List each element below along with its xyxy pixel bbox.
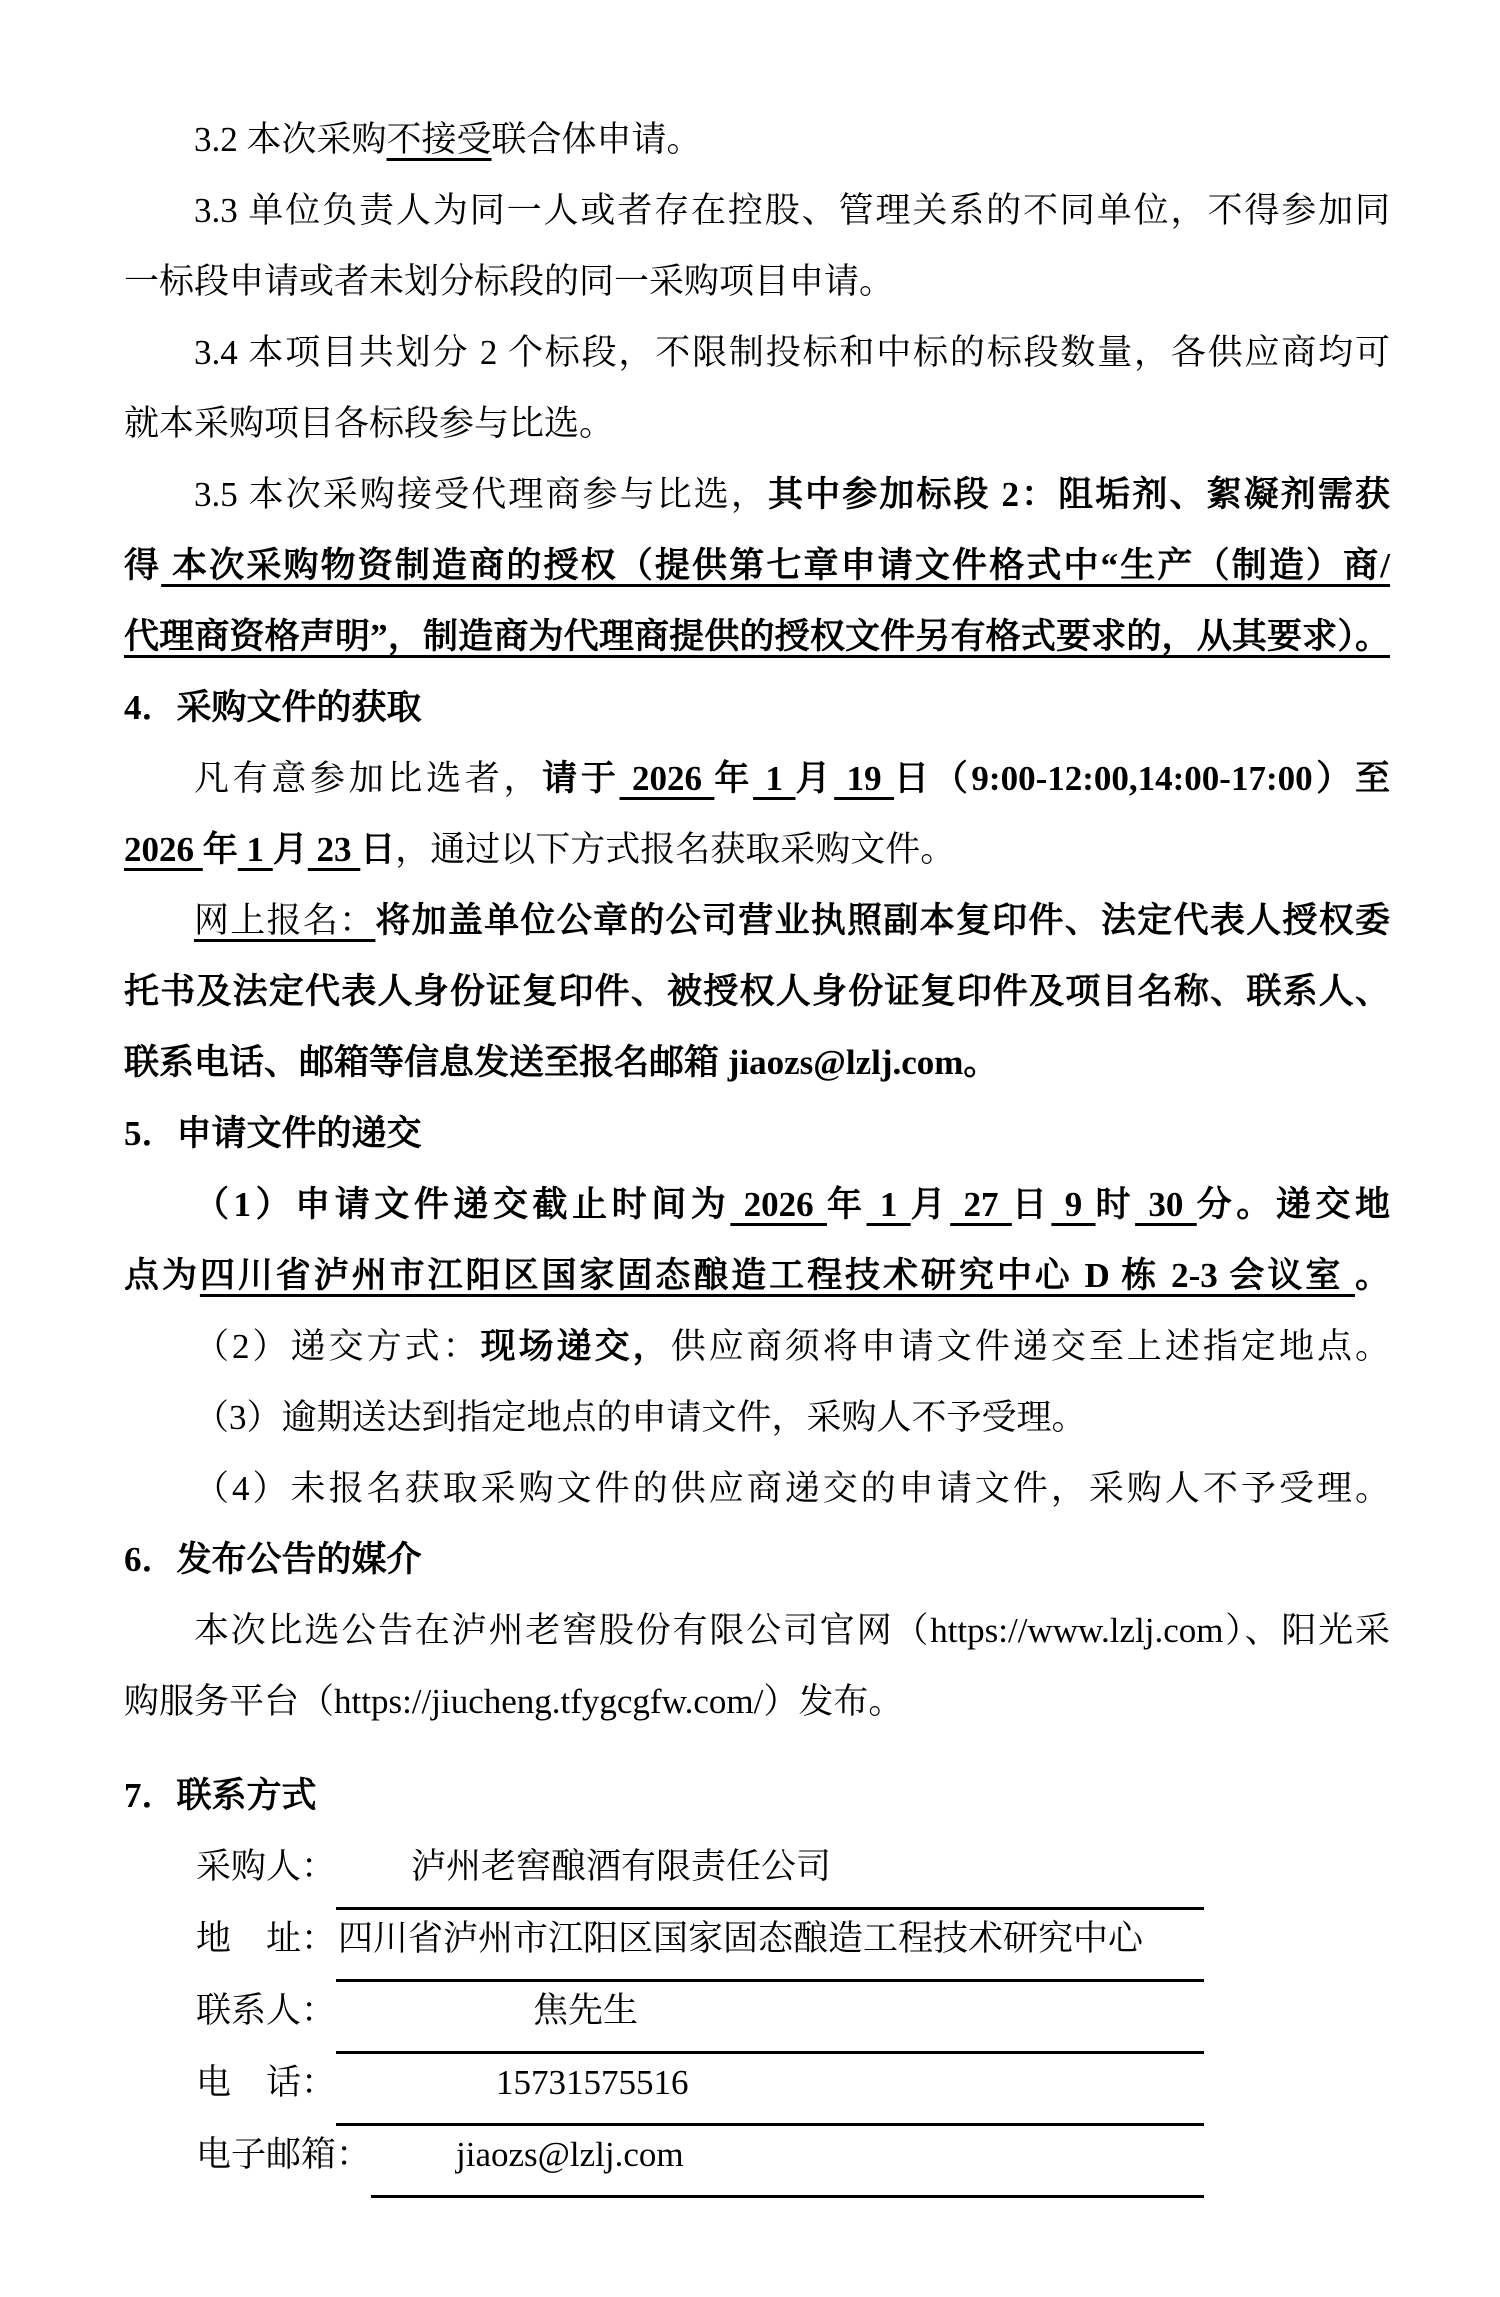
clause-3-5-line-1: 3.5 本次采购接受代理商参与比选，其中参加标段 2：阻垢剂、絮凝剂需获: [124, 459, 1390, 530]
contact-row-purchaser: 采购人：泸州老窖酿酒有限责任公司: [196, 1831, 1204, 1903]
contact-label: 电 话：: [196, 2047, 336, 2119]
text-run-bold: 月: [911, 1185, 951, 1224]
text-run-bold: 请于: [542, 759, 619, 798]
deadline-year: 2026: [730, 1185, 827, 1224]
text-run-underlined: 网上报名：: [194, 901, 375, 940]
heading-section-4: 4．采购文件的获取: [124, 672, 1390, 743]
date-year: 2026: [620, 759, 715, 798]
text-run-bold-underlined: 代理商资格声明”，制造商为代理商提供的授权文件另有格式要求的，从其要求）。: [124, 617, 1390, 656]
para-obtain-docs-line-1: 凡有意参加比选者，请于 2026 年 1 月 19 日（9:00-12:00,1…: [124, 743, 1390, 814]
text-run-bold: 时: [1096, 1185, 1136, 1224]
text-run: 3.4 本项目共划分 2 个标段，不限制投标和中标的标段数量，各供应商均可: [194, 333, 1390, 372]
text-run-bold: 将加盖单位公章的公司营业执照副本复印件、法定代表人授权委: [375, 901, 1390, 940]
clause-3-3-line-1: 3.3 单位负责人为同一人或者存在控股、管理关系的不同单位，不得参加同: [124, 175, 1390, 246]
heading-text: 5．申请文件的递交: [124, 1114, 422, 1153]
text-run-bold: 月: [795, 759, 834, 798]
text-run-bold: 。: [1355, 1256, 1390, 1295]
contact-value-purchaser: 泸州老窖酿酒有限责任公司: [336, 1831, 1204, 1910]
text-run-bold: 年: [714, 759, 753, 798]
submission-address: 四川省泸州市江阳区国家固态酿造工程技术研究中心 D 栋 2-3 会议室: [200, 1256, 1355, 1295]
text-run-bold: 年: [203, 830, 238, 869]
para-announcement-media-line-1: 本次比选公告在泸州老窖股份有限公司官网（https://www.lzlj.com…: [124, 1595, 1390, 1666]
para-online-registration-line-2: 托书及法定代表人身份证复印件、被授权人身份证复印件及项目名称、联系人、: [124, 956, 1390, 1027]
contact-row-address: 地 址：四川省泸州市江阳区国家固态酿造工程技术研究中心: [196, 1903, 1204, 1975]
text-run-bold: 月: [273, 830, 308, 869]
heading-section-6: 6．发布公告的媒介: [124, 1524, 1390, 1595]
clause-5-1-line-2: 点为四川省泸州市江阳区国家固态酿造工程技术研究中心 D 栋 2-3 会议室 。: [124, 1240, 1390, 1311]
text-run-bold: 得: [124, 546, 161, 585]
text-run: 联合体申请。: [492, 120, 702, 159]
text-run-bold: 分。递交地: [1197, 1185, 1390, 1224]
text-run-bold: 其中参加标段 2：阻垢剂、絮凝剂需获: [768, 475, 1390, 514]
contact-label: 电子邮箱：: [196, 2119, 371, 2191]
contact-info-block: 采购人：泸州老窖酿酒有限责任公司 地 址：四川省泸州市江阳区国家固态酿造工程技术…: [196, 1831, 1204, 2191]
clause-5-4: （4）未报名获取采购文件的供应商递交的申请文件，采购人不予受理。: [124, 1453, 1390, 1524]
document-body: 3.2 本次采购不接受联合体申请。 3.3 单位负责人为同一人或者存在控股、管理…: [124, 104, 1390, 2191]
text-run: 3.5 本次采购接受代理商参与比选，: [194, 475, 768, 514]
contact-row-phone: 电 话：15731575516: [196, 2047, 1204, 2119]
clause-3-4-line-1: 3.4 本项目共划分 2 个标段，不限制投标和中标的标段数量，各供应商均可: [124, 317, 1390, 388]
date-month: 1: [238, 830, 273, 869]
deadline-minute: 30: [1135, 1185, 1197, 1224]
contact-value-person: 焦先生: [336, 1975, 1204, 2054]
text-run: ，通过以下方式报名获取采购文件。: [395, 830, 955, 869]
text-run: （3）逾期送达到指定地点的申请文件，采购人不予受理。: [194, 1398, 1087, 1437]
text-run: 供应商须将申请文件递交至上述指定地点。: [671, 1327, 1390, 1366]
contact-row-person: 联系人：焦先生: [196, 1975, 1204, 2047]
para-announcement-media-line-2: 购服务平台（https://jiucheng.tfygcgfw.com/）发布。: [124, 1666, 1390, 1737]
contact-value-address: 四川省泸州市江阳区国家固态酿造工程技术研究中心: [336, 1903, 1204, 1982]
text-run-bold: 年: [827, 1185, 867, 1224]
contact-row-email: 电子邮箱：jiaozs@lzlj.com: [196, 2119, 1204, 2191]
contact-label: 联系人：: [196, 1975, 336, 2047]
clause-3-2: 3.2 本次采购不接受联合体申请。: [124, 104, 1390, 175]
deadline-day: 27: [950, 1185, 1012, 1224]
heading-text: 4．采购文件的获取: [124, 688, 422, 727]
text-run: 凡有意参加比选者，: [194, 759, 542, 798]
heading-text: 6．发布公告的媒介: [124, 1540, 422, 1579]
text-run: （4）未报名获取采购文件的供应商递交的申请文件，采购人不予受理。: [194, 1469, 1390, 1508]
text-run-bold: （1）申请文件递交截止时间为: [194, 1185, 730, 1224]
para-online-registration-line-1: 网上报名：将加盖单位公章的公司营业执照副本复印件、法定代表人授权委: [124, 885, 1390, 956]
contact-value-email: jiaozs@lzlj.com: [371, 2119, 1204, 2198]
heading-text: 7．联系方式: [124, 1776, 317, 1815]
date-day: 23: [308, 830, 361, 869]
text-run-bold: 点为: [124, 1256, 200, 1295]
text-run-underlined: 不接受: [387, 120, 492, 159]
contact-label: 采购人：: [196, 1831, 336, 1903]
contact-value-phone: 15731575516: [336, 2047, 1204, 2126]
text-run: 3.3 单位负责人为同一人或者存在控股、管理关系的不同单位，不得参加同: [194, 191, 1390, 230]
text-run-bold: 托书及法定代表人身份证复印件、被授权人身份证复印件及项目名称、联系人、: [124, 972, 1390, 1011]
clause-3-4-line-2: 就本采购项目各标段参与比选。: [124, 388, 1390, 459]
text-run-bold: 联系电话、邮箱等信息发送至报名邮箱 jiaozs@lzlj.com。: [124, 1043, 998, 1082]
text-run: 一标段申请或者未划分标段的同一采购项目申请。: [124, 262, 894, 301]
clause-5-3: （3）逾期送达到指定地点的申请文件，采购人不予受理。: [124, 1382, 1390, 1453]
clause-3-5-line-2: 得 本次采购物资制造商的授权（提供第七章申请文件格式中“生产（制造）商/: [124, 530, 1390, 601]
text-run: 本次比选公告在泸州老窖股份有限公司官网（https://www.lzlj.com…: [194, 1611, 1390, 1650]
text-run-bold-underlined: 本次采购物资制造商的授权（提供第七章申请文件格式中“生产（制造）商/: [161, 546, 1390, 585]
para-online-registration-line-3: 联系电话、邮箱等信息发送至报名邮箱 jiaozs@lzlj.com。: [124, 1027, 1390, 1098]
text-run-bold: 日（9:00-12:00,14:00-17:00）至: [894, 759, 1390, 798]
deadline-hour: 9: [1051, 1185, 1095, 1224]
text-run: （2）递交方式：: [194, 1327, 481, 1366]
contact-label: 地 址：: [196, 1903, 336, 1975]
clause-5-2: （2）递交方式：现场递交，供应商须将申请文件递交至上述指定地点。: [124, 1311, 1390, 1382]
para-obtain-docs-line-2: 2026 年 1 月 23 日，通过以下方式报名获取采购文件。: [124, 814, 1390, 885]
text-run: 购服务平台（https://jiucheng.tfygcgfw.com/）发布。: [124, 1682, 903, 1721]
text-run-bold: 日: [360, 830, 395, 869]
date-month: 1: [753, 759, 795, 798]
clause-3-3-line-2: 一标段申请或者未划分标段的同一采购项目申请。: [124, 246, 1390, 317]
text-run: 3.2 本次采购: [194, 120, 387, 159]
heading-section-7: 7．联系方式: [124, 1760, 1390, 1831]
text-run-bold: 日: [1012, 1185, 1052, 1224]
date-year: 2026: [124, 830, 203, 869]
text-run: 就本采购项目各标段参与比选。: [124, 404, 614, 443]
clause-3-5-line-3: 代理商资格声明”，制造商为代理商提供的授权文件另有格式要求的，从其要求）。: [124, 601, 1390, 672]
text-run-bold: 现场递交，: [481, 1327, 671, 1366]
clause-5-1-line-1: （1）申请文件递交截止时间为 2026 年 1 月 27 日 9 时 30 分。…: [124, 1169, 1390, 1240]
heading-section-5: 5．申请文件的递交: [124, 1098, 1390, 1169]
date-day: 19: [834, 759, 894, 798]
deadline-month: 1: [867, 1185, 911, 1224]
